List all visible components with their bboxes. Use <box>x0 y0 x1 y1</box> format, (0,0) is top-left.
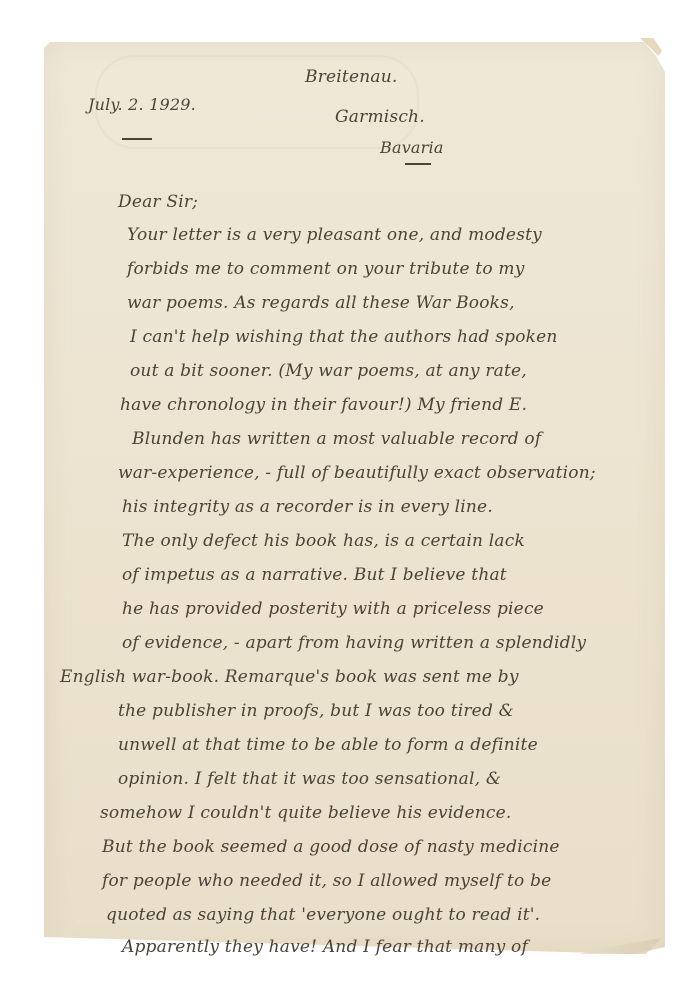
body-line: out a bit sooner. (My war poems, at any … <box>130 361 527 381</box>
salutation: Dear Sir; <box>118 192 198 212</box>
body-line: English war-book. Remarque's book was se… <box>60 667 519 687</box>
address-line-3: Bavaria <box>380 138 444 157</box>
body-line: The only defect his book has, is a certa… <box>122 531 525 551</box>
body-line: the publisher in proofs, but I was too t… <box>118 701 514 721</box>
letter-date: July. 2. 1929. <box>88 95 196 114</box>
body-line: of impetus as a narrative. But I believe… <box>122 565 507 585</box>
body-line: he has provided posterity with a pricele… <box>122 599 544 619</box>
body-line: But the book seemed a good dose of nasty… <box>102 837 560 857</box>
body-line: of evidence, - apart from having written… <box>122 633 586 653</box>
body-line: for people who needed it, so I allowed m… <box>102 871 551 891</box>
body-line: forbids me to comment on your tribute to… <box>127 259 525 279</box>
address-underline <box>405 163 431 165</box>
body-line: war-experience, - full of beautifully ex… <box>118 463 596 483</box>
body-line: his integrity as a recorder is in every … <box>122 497 493 517</box>
body-line: somehow I couldn't quite believe his evi… <box>100 803 511 823</box>
body-line: have chronology in their favour!) My fri… <box>120 395 527 415</box>
body-line: opinion. I felt that it was too sensatio… <box>118 769 501 789</box>
body-line: I can't help wishing that the authors ha… <box>130 327 558 347</box>
body-line: quoted as saying that 'everyone ought to… <box>106 905 540 925</box>
address-line-2: Garmisch. <box>335 107 425 127</box>
body-line: war poems. As regards all these War Book… <box>127 293 515 313</box>
body-line: Apparently they have! And I fear that ma… <box>122 937 528 957</box>
date-underline <box>122 138 152 140</box>
body-line: Your letter is a very pleasant one, and … <box>127 225 542 245</box>
address-line-1: Breitenau. <box>305 67 397 87</box>
body-line: Blunden has written a most valuable reco… <box>132 429 541 449</box>
body-line: unwell at that time to be able to form a… <box>118 735 538 755</box>
